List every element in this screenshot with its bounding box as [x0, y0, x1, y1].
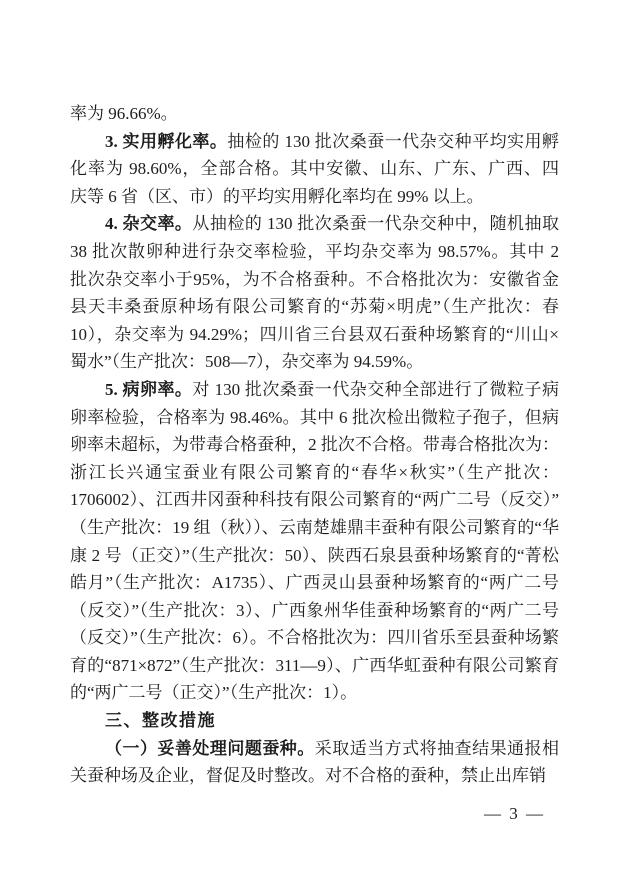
text-line: 10），杂交率为 94.29%；四川省三台县双石蚕种场繁育的“川山×	[70, 321, 559, 349]
text-segment: 的“两广二号（正交）”（生产批次：1）。	[70, 683, 357, 702]
text-segment: 皓月”（生产批次：A1735）、广西灵山县蚕种场繁育的“两广二号	[70, 573, 559, 592]
text-segment: 蜀水”（生产批次：508—7），杂交率为 94.59%。	[70, 352, 423, 371]
document-body: 率为 96.66%。3. 实用孵化率。抽检的 130 批次桑蚕一代杂交种平均实用…	[70, 100, 559, 790]
text-line: （生产批次：19 组（秋））、云南楚雄鼎丰蚕种有限公司繁育的“华	[70, 514, 559, 542]
text-segment: 采取适当方式将抽查结果通报相	[315, 739, 559, 758]
text-line: （反交）”（生产批次：3）、广西象州华佳蚕种场繁育的“两广二号	[70, 597, 559, 625]
text-segment: （反交）”（生产批次：6）。不合格批次为：四川省乐至县蚕种场繁	[70, 628, 559, 647]
text-segment: 育的“871×872”（生产批次：311—9）、广西华虹蚕种有限公司繁育	[70, 656, 559, 675]
text-segment: 38 批次散卵种进行杂交率检验，平均杂交率为 98.57%。其中 2	[70, 242, 559, 261]
text-line: 庆等 6 省（区、市）的平均实用孵化率均在 99% 以上。	[70, 183, 559, 211]
text-line: 38 批次散卵种进行杂交率检验，平均杂交率为 98.57%。其中 2	[70, 238, 559, 266]
text-line: 5. 病卵率。对 130 批次桑蚕一代杂交种全部进行了微粒子病	[70, 376, 559, 404]
text-segment: （反交）”（生产批次：3）、广西象州华佳蚕种场繁育的“两广二号	[70, 601, 559, 620]
text-segment: 1706002）、江西井冈蚕种科技有限公司繁育的“两广二号（反交）”	[70, 490, 559, 509]
page-number: — 3 —	[70, 800, 545, 827]
text-segment: 浙江长兴通宝蚕业有限公司繁育的“春华×秋实”（生产批次：	[70, 463, 559, 482]
document-page: 率为 96.66%。3. 实用孵化率。抽检的 130 批次桑蚕一代杂交种平均实用…	[0, 0, 628, 888]
text-segment: 卵率未超标，为带毒合格蚕种，2 批次不合格。带毒合格批次为：	[70, 435, 559, 454]
text-segment: 化率为 98.60%，全部合格。其中安徽、山东、广东、广西、四川、重	[70, 159, 559, 183]
emphasis-segment: 三、整改措施	[105, 711, 216, 730]
text-line: 批次杂交率小于95%，为不合格蚕种。不合格批次为：安徽省金寨	[70, 266, 559, 294]
text-segment: （生产批次：19 组（秋））、云南楚雄鼎丰蚕种有限公司繁育的“华	[70, 518, 559, 537]
text-line: 浙江长兴通宝蚕业有限公司繁育的“春华×秋实”（生产批次：	[70, 459, 559, 487]
text-segment: 卵率检验，合格率为 98.46%。其中 6 批次检出微粒子孢子，但病	[70, 408, 559, 427]
text-segment: 康 2 号（正交）”（生产批次：50）、陕西石泉县蚕种场繁育的“菁松×	[70, 546, 559, 570]
text-line: 关蚕种场及企业，督促及时整改。对不合格的蚕种，禁止出库销	[70, 762, 559, 790]
text-segment: 从抽检的 130 批次桑蚕一代杂交种中，随机抽取	[192, 214, 559, 233]
text-segment: 关蚕种场及企业，督促及时整改。对不合格的蚕种，禁止出库销	[70, 766, 546, 785]
text-line: 育的“871×872”（生产批次：311—9）、广西华虹蚕种有限公司繁育	[70, 652, 559, 680]
emphasis-segment: 5. 病卵率。	[105, 380, 192, 399]
text-line: 县天丰桑蚕原种场有限公司繁育的“苏菊×明虎”（生产批次：春	[70, 293, 559, 321]
emphasis-segment: 4. 杂交率。	[105, 214, 192, 233]
text-line: （反交）”（生产批次：6）。不合格批次为：四川省乐至县蚕种场繁	[70, 624, 559, 652]
text-line: 皓月”（生产批次：A1735）、广西灵山县蚕种场繁育的“两广二号	[70, 569, 559, 597]
text-segment: 对 130 批次桑蚕一代杂交种全部进行了微粒子病	[192, 380, 559, 399]
text-line: 4. 杂交率。从抽检的 130 批次桑蚕一代杂交种中，随机抽取	[70, 210, 559, 238]
text-line: 康 2 号（正交）”（生产批次：50）、陕西石泉县蚕种场繁育的“菁松×	[70, 542, 559, 570]
text-segment: 批次杂交率小于95%，为不合格蚕种。不合格批次为：安徽省金寨	[70, 270, 559, 294]
text-line: 3. 实用孵化率。抽检的 130 批次桑蚕一代杂交种平均实用孵	[70, 128, 559, 156]
text-line: 的“两广二号（正交）”（生产批次：1）。	[70, 679, 559, 707]
text-segment: 县天丰桑蚕原种场有限公司繁育的“苏菊×明虎”（生产批次：春	[70, 297, 559, 316]
text-line: 化率为 98.60%，全部合格。其中安徽、山东、广东、广西、四川、重	[70, 155, 559, 183]
text-line: （一）妥善处理问题蚕种。采取适当方式将抽查结果通报相	[70, 735, 559, 763]
text-segment: 10），杂交率为 94.29%；四川省三台县双石蚕种场繁育的“川山×	[70, 325, 559, 344]
text-line: 三、整改措施	[70, 707, 559, 735]
text-line: 卵率检验，合格率为 98.46%。其中 6 批次检出微粒子孢子，但病	[70, 404, 559, 432]
emphasis-segment: （一）妥善处理问题蚕种。	[105, 739, 315, 758]
emphasis-segment: 3. 实用孵化率。	[105, 132, 227, 151]
text-line: 卵率未超标，为带毒合格蚕种，2 批次不合格。带毒合格批次为：	[70, 431, 559, 459]
text-line: 蜀水”（生产批次：508—7），杂交率为 94.59%。	[70, 348, 559, 376]
text-segment: 率为 96.66%。	[70, 104, 178, 123]
text-segment: 抽检的 130 批次桑蚕一代杂交种平均实用孵	[227, 132, 559, 151]
text-line: 1706002）、江西井冈蚕种科技有限公司繁育的“两广二号（反交）”	[70, 486, 559, 514]
text-line: 率为 96.66%。	[70, 100, 559, 128]
text-segment: 庆等 6 省（区、市）的平均实用孵化率均在 99% 以上。	[70, 187, 484, 206]
